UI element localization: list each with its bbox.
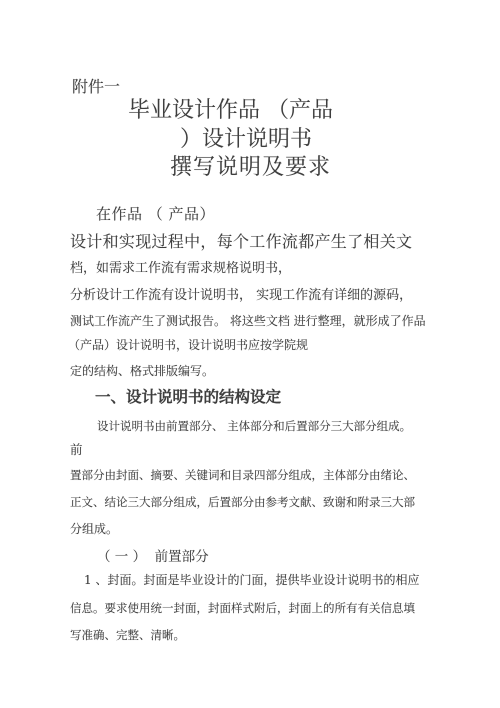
body-line: 定的结构、格式排版编写。 — [70, 364, 214, 379]
body-line: 设计和实现过程中，每个工作流都产生了相关文 — [70, 232, 412, 252]
body-line: 设计说明书由前置部分、 主体部分和后置部分三大部分组成。 — [97, 419, 411, 433]
body-line: 写准确、完整、清晰。 — [70, 628, 185, 642]
body-line: 在作品 （ 产品） — [96, 205, 215, 224]
body-line: 正文、结论三大部分组成，后置部分由参考文献、致谢和附录三大部 — [70, 495, 415, 509]
section-heading: 一、设计说明书的结构设定 — [95, 387, 281, 406]
body-line: 1 、封面。封面是毕业设计的门面，提供毕业设计说明书的相应 — [84, 573, 419, 588]
body-line: 档，如需求工作流有需求规格说明书， — [70, 261, 291, 277]
body-line: 信息。要求使用统一封面，封面样式附后，封面上的所有有关信息填 — [70, 601, 415, 615]
attachment-label: 附件一 — [72, 77, 120, 97]
body-line: 分析设计工作流有设计说明书， 实现工作流有详细的源码， — [70, 288, 412, 304]
doc-title-line-2: ）设计说明书 — [180, 126, 312, 154]
doc-title-line-3: 撰写说明及要求 — [170, 154, 331, 182]
subsection-heading: （ 一 ） 前置部分 — [97, 549, 209, 566]
body-line: 测试工作流产生了测试报告。 将这些文档 进行整理，就形成了作品 — [70, 314, 426, 329]
body-line: （产品）设计说明书，设计说明书应按学院规 — [68, 338, 308, 353]
body-line: 置部分由封面、摘要、关键词和目录四部分组成，主体部分由绪论、 — [70, 468, 415, 482]
body-line: 前 — [70, 442, 83, 458]
doc-title-line-1: 毕业设计作品 （产品 — [128, 97, 333, 125]
body-line: 分组成。 — [70, 522, 118, 537]
document-page: 附件一 毕业设计作品 （产品 ）设计说明书 撰写说明及要求 在作品 （ 产品） … — [0, 0, 500, 708]
